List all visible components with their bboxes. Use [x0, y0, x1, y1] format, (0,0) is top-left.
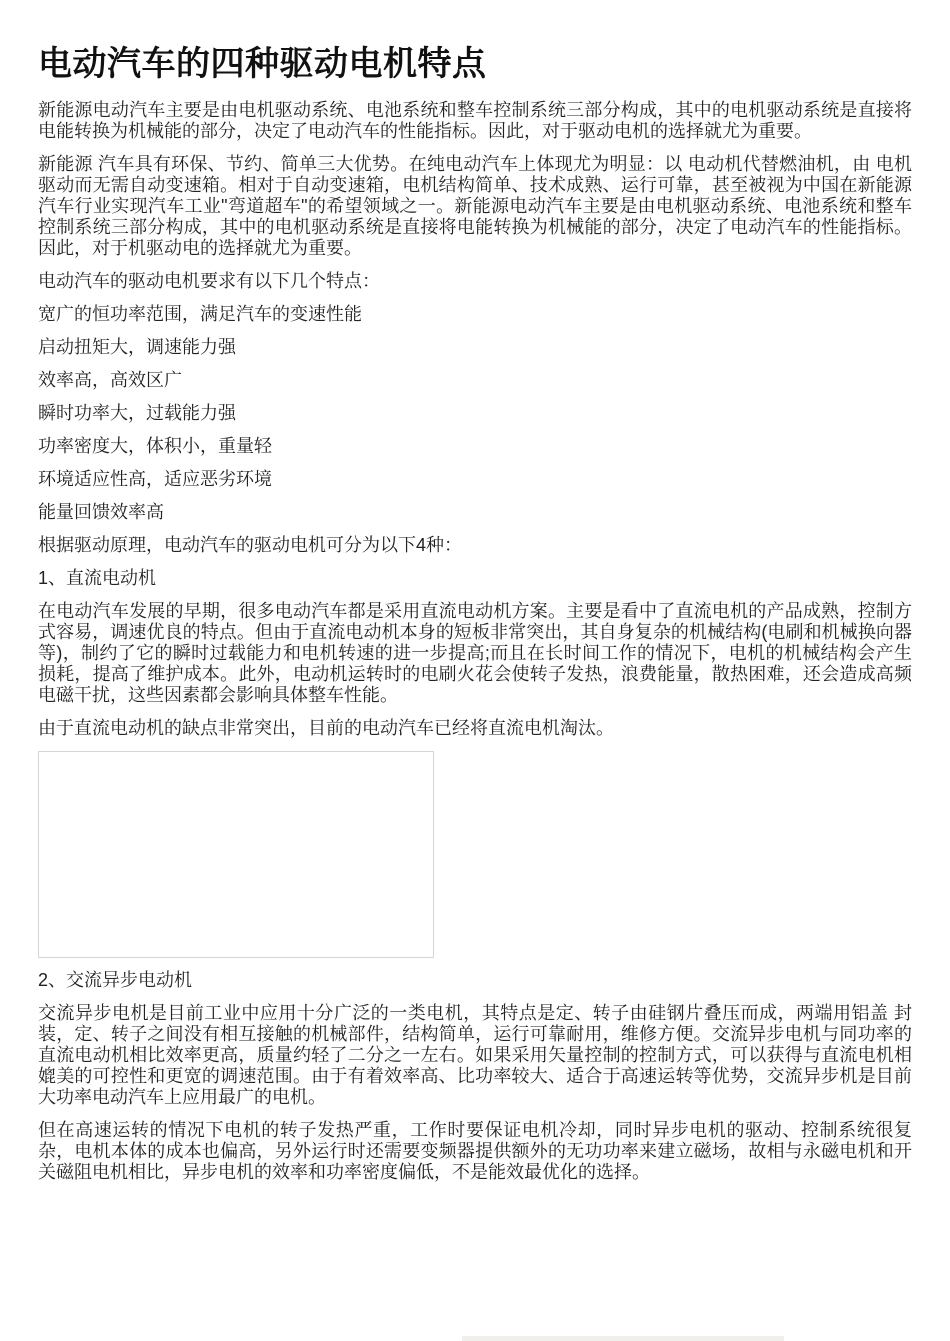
paragraph-overview: 新能源 汽车具有环保、节约、简单三大优势。在纯电动汽车上体现尤为明显：以 电动机… — [38, 154, 912, 259]
feature-item-energy-feedback: 能量回馈效率高 — [38, 502, 912, 523]
paragraph-dc-motor-conclusion: 由于直流电动机的缺点非常突出，目前的电动汽车已经将直流电机淘汰。 — [38, 718, 912, 739]
section-heading-dc-motor: 1、直流电动机 — [38, 568, 912, 589]
image-placeholder — [38, 751, 434, 958]
feature-item-environment: 环境适应性高，适应恶劣环境 — [38, 469, 912, 490]
feature-item-efficiency: 效率高，高效区广 — [38, 370, 912, 391]
paragraph-dc-motor-detail: 在电动汽车发展的早期，很多电动汽车都是采用直流电动机方案。主要是看中了直流电机的… — [38, 601, 912, 706]
section-heading-ac-induction-motor: 2、交流异步电动机 — [38, 970, 912, 991]
paragraph-ac-motor-detail: 交流异步电机是目前工业中应用十分广泛的一类电机，其特点是定、转子由硅钢片叠压而成… — [38, 1003, 912, 1108]
paragraph-ac-motor-drawbacks: 但在高速运转的情况下电机的转子发热严重，工作时要保证电机冷却，同时异步电机的驱动… — [38, 1120, 912, 1183]
article-page: 电动汽车的四种驱动电机特点 新能源电动汽车主要是由电机驱动系统、电池系统和整车控… — [0, 0, 950, 1183]
paragraph-types-lead: 根据驱动原理，电动汽车的驱动电机可分为以下4种： — [38, 535, 912, 556]
feature-item-power-density: 功率密度大，体积小，重量轻 — [38, 436, 912, 457]
paragraph-features-lead: 电动汽车的驱动电机要求有以下几个特点： — [38, 271, 912, 292]
article-title: 电动汽车的四种驱动电机特点 — [38, 44, 912, 85]
paragraph-intro: 新能源电动汽车主要是由电机驱动系统、电池系统和整车控制系统三部分构成，其中的电机… — [38, 100, 912, 142]
feature-item-instant-power: 瞬时功率大，过载能力强 — [38, 403, 912, 424]
feature-item-constant-power: 宽广的恒功率范围，满足汽车的变速性能 — [38, 304, 912, 325]
feature-item-starting-torque: 启动扭矩大，调速能力强 — [38, 337, 912, 358]
partial-next-image-edge — [462, 1336, 784, 1341]
